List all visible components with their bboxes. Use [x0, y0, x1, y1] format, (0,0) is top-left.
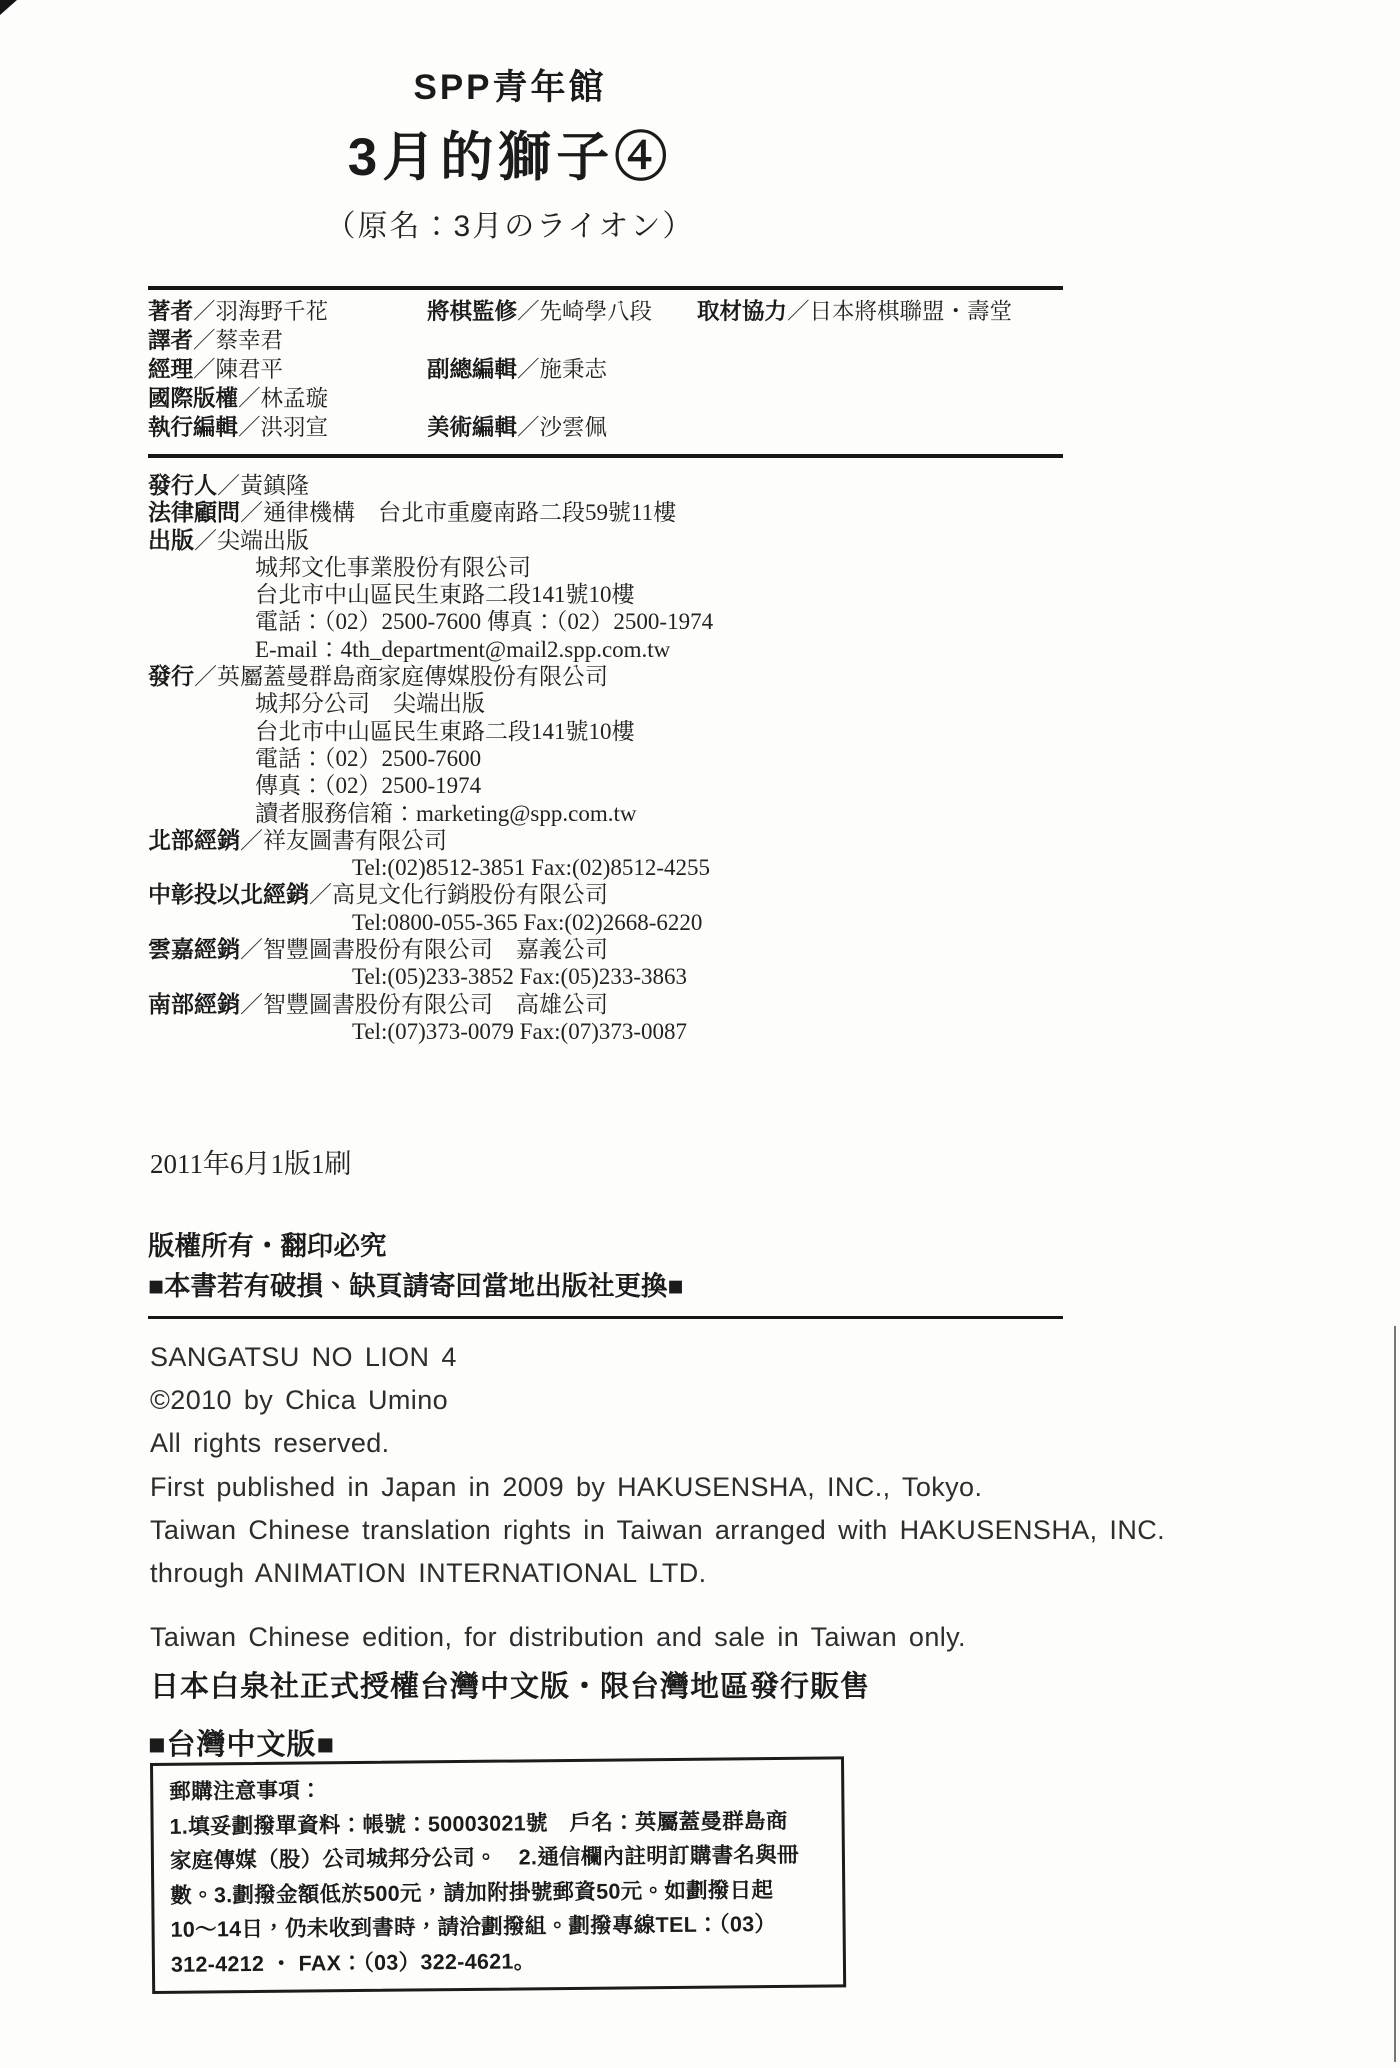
copyright-notice: 版權所有・翻印必究 — [148, 1226, 684, 1266]
slash-separator: ／ — [240, 499, 263, 525]
slash-separator: ／ — [517, 415, 540, 440]
scan-edge-artifact — [1394, 1326, 1396, 2062]
divider-rule-middle — [148, 454, 1063, 458]
slash-separator: ／ — [240, 991, 263, 1017]
publishing-line: 發行人／黃鎮隆 — [148, 472, 713, 499]
credits-block: 著者／羽海野千花 將棋監修／先崎學八段 取材協力／日本將棋聯盟・壽堂 譯者／蔡幸… — [148, 297, 1063, 442]
publishing-line: 雲嘉經銷／智豐圖書股份有限公司 嘉義公司 — [148, 936, 713, 963]
credit-row: 譯者／蔡幸君 — [148, 326, 1063, 355]
slash-separator: ／ — [517, 299, 540, 324]
credit-item: 經理／陳君平 — [148, 355, 283, 384]
credit-row: 國際版權／林孟璇 — [148, 384, 1063, 413]
publishing-value: 通律機構 台北市重慶南路二段59號11樓 — [263, 500, 676, 525]
credit-value: 洪羽宣 — [261, 415, 329, 440]
credit-label: 將棋監修 — [427, 299, 517, 324]
publishing-label: 雲嘉經銷 — [148, 936, 240, 962]
publishing-line: 電話：（02）2500-7600 — [148, 745, 713, 772]
publishing-line: 台北市中山區民生東路二段141號10樓 — [148, 718, 713, 745]
credit-value: 先崎學八段 — [540, 299, 653, 324]
credit-item: 取材協力／日本將棋聯盟・壽堂 — [697, 297, 1012, 326]
original-title: （原名：3月のライオン） — [140, 201, 880, 245]
publishing-label: 南部經銷 — [148, 991, 240, 1017]
mail-order-line: 312-4212 ・ FAX：（03）322-4621。 — [171, 1941, 831, 1982]
publishing-value: 尖端出版 — [217, 528, 309, 553]
slash-separator: ／ — [193, 328, 216, 353]
book-title: 3月的獅子④ — [140, 115, 880, 191]
publishing-line: 讀者服務信箱：marketing@spp.com.tw — [148, 800, 713, 827]
divider-rule-bottom — [148, 1316, 1063, 1319]
credit-item: 副總編輯／施秉志 — [427, 355, 607, 384]
publishing-line: 法律顧問／通律機構 台北市重慶南路二段59號11樓 — [148, 499, 713, 526]
publishing-value: Tel:(07)373-0079 Fax:(07)373-0087 — [352, 1019, 687, 1044]
publishing-line: 台北市中山區民生東路二段141號10樓 — [148, 581, 713, 608]
mail-order-line: 家庭傳媒（股）公司城邦分公司。 2.通信欄內註明訂購書名與冊 — [170, 1837, 830, 1878]
slash-separator: ／ — [240, 827, 263, 853]
slash-separator: ／ — [240, 936, 263, 962]
credit-item: 國際版權／林孟璇 — [148, 384, 328, 413]
mail-order-line: 10～14日，仍未收到書時，請洽劃撥組。劃撥專線TEL：（03） — [170, 1906, 830, 1947]
publishing-label: 發行 — [148, 663, 194, 689]
publishing-value: 傳真：（02）2500-1974 — [255, 773, 481, 798]
publishing-label: 北部經銷 — [148, 827, 240, 853]
publishing-value: 台北市中山區民生東路二段141號10樓 — [255, 582, 635, 607]
publishing-value: 祥友圖書有限公司 — [263, 828, 447, 853]
slash-separator: ／ — [309, 881, 332, 907]
credit-label: 副總編輯 — [427, 357, 517, 382]
publishing-line: 南部經銷／智豐圖書股份有限公司 高雄公司 — [148, 991, 713, 1018]
publishing-value: 黃鎮隆 — [240, 473, 309, 498]
credit-row: 著者／羽海野千花 將棋監修／先崎學八段 取材協力／日本將棋聯盟・壽堂 — [148, 297, 1063, 326]
publishing-line: 出版／尖端出版 — [148, 527, 713, 554]
credit-row: 執行編輯／洪羽宣 美術編輯／沙雲佩 — [148, 413, 1063, 442]
publishing-value: 高見文化行銷股份有限公司 — [332, 882, 608, 907]
credit-label: 國際版權 — [148, 386, 238, 411]
publishing-line: E-mail：4th_department@mail2.spp.com.tw — [148, 636, 713, 663]
publishing-line: 電話：（02）2500-7600 傳真：（02）2500-1974 — [148, 608, 713, 635]
publishing-block: 發行人／黃鎮隆 法律顧問／通律機構 台北市重慶南路二段59號11樓 出版／尖端出… — [148, 472, 713, 1045]
translation-rights-line: Taiwan Chinese translation rights in Tai… — [150, 1509, 1165, 1552]
publishing-value: 英屬蓋曼群島商家庭傳媒股份有限公司 — [217, 664, 608, 689]
slash-separator: ／ — [238, 415, 261, 440]
publishing-value: Tel:(02)8512-3851 Fax:(02)8512-4255 — [352, 855, 710, 880]
slash-separator: ／ — [217, 472, 240, 498]
credit-label: 經理 — [148, 357, 193, 382]
publishing-label: 出版 — [148, 527, 194, 553]
taiwan-license-block: Taiwan Chinese edition, for distribution… — [150, 1622, 966, 1705]
credit-item: 著者／羽海野千花 — [148, 297, 328, 326]
damage-replacement-notice: ■本書若有破損、缺頁請寄回當地出版社更換■ — [148, 1266, 684, 1306]
telephone-line: Tel:(07)373-0079 Fax:(07)373-0087 — [148, 1018, 713, 1045]
publishing-line: 發行／英屬蓋曼群島商家庭傳媒股份有限公司 — [148, 663, 713, 690]
masthead: SPP青年館 3月的獅子④ （原名：3月のライオン） — [140, 60, 880, 245]
publishing-value: Tel:(05)233-3852 Fax:(05)233-3863 — [352, 964, 687, 989]
edition-printing-line: 2011年6月1版1刷 — [150, 1142, 352, 1181]
credit-item: 美術編輯／沙雲佩 — [427, 413, 607, 442]
credit-label: 取材協力 — [697, 299, 787, 324]
credit-value: 林孟璇 — [261, 386, 329, 411]
credit-value: 施秉志 — [540, 357, 608, 382]
publishing-line: 北部經銷／祥友圖書有限公司 — [148, 827, 713, 854]
divider-rule-top — [148, 286, 1063, 290]
credit-item: 譯者／蔡幸君 — [148, 326, 283, 355]
publishing-value: Tel:0800-055-365 Fax:(02)2668-6220 — [352, 910, 702, 935]
credit-value: 羽海野千花 — [216, 299, 329, 324]
telephone-line: Tel:0800-055-365 Fax:(02)2668-6220 — [148, 909, 713, 936]
through-agency-line: through ANIMATION INTERNATIONAL LTD. — [150, 1552, 1165, 1595]
publishing-line: 傳真：（02）2500-1974 — [148, 772, 713, 799]
credit-label: 美術編輯 — [427, 415, 517, 440]
copyright-year-line: ©2010 by Chica Umino — [150, 1379, 1165, 1422]
slash-separator: ／ — [193, 357, 216, 382]
taiwan-license-line: 日本白泉社正式授權台灣中文版・限台灣地區發行販售 — [150, 1664, 966, 1705]
credit-item: 將棋監修／先崎學八段 — [427, 297, 652, 326]
publishing-value: 台北市中山區民生東路二段141號10樓 — [255, 719, 635, 744]
credit-value: 陳君平 — [216, 357, 284, 382]
rights-reserved-line: All rights reserved. — [150, 1422, 1165, 1465]
scan-corner-artifact — [0, 0, 17, 15]
publishing-value: 智豐圖書股份有限公司 高雄公司 — [263, 992, 608, 1017]
taiwan-only-line: Taiwan Chinese edition, for distribution… — [150, 1622, 966, 1653]
credit-value: 沙雲佩 — [540, 415, 608, 440]
publishing-value: 城邦分公司 尖端出版 — [255, 691, 485, 716]
telephone-line: Tel:(05)233-3852 Fax:(05)233-3863 — [148, 963, 713, 990]
slash-separator: ／ — [193, 299, 216, 324]
publishing-line: 中彰投以北經銷／高見文化行銷股份有限公司 — [148, 881, 713, 908]
credit-value: 蔡幸君 — [216, 328, 284, 353]
publishing-line: 城邦文化事業股份有限公司 — [148, 554, 713, 581]
english-copyright-block: SANGATSU NO LION 4 ©2010 by Chica Umino … — [150, 1336, 1165, 1595]
telephone-line: Tel:(02)8512-3851 Fax:(02)8512-4255 — [148, 854, 713, 881]
slash-separator: ／ — [787, 299, 810, 324]
mail-order-box: 郵購注意事項： 1.填妥劃撥單資料：帳號：50003021號 戶名：英屬蓋曼群島… — [150, 1756, 846, 1994]
slash-separator: ／ — [194, 527, 217, 553]
credit-label: 執行編輯 — [148, 415, 238, 440]
slash-separator: ／ — [194, 663, 217, 689]
slash-separator: ／ — [238, 386, 261, 411]
imprint-label: SPP青年館 — [140, 60, 880, 110]
slash-separator: ／ — [517, 357, 540, 382]
credit-label: 著者 — [148, 299, 193, 324]
english-title-line: SANGATSU NO LION 4 — [150, 1336, 1165, 1379]
publishing-label: 發行人 — [148, 472, 217, 498]
publishing-value: E-mail：4th_department@mail2.spp.com.tw — [255, 637, 670, 662]
publishing-value: 智豐圖書股份有限公司 嘉義公司 — [263, 937, 608, 962]
credit-row: 經理／陳君平 副總編輯／施秉志 — [148, 355, 1063, 384]
publishing-value: 電話：（02）2500-7600 — [255, 746, 481, 771]
credit-label: 譯者 — [148, 328, 193, 353]
taiwan-edition-badge: ■台灣中文版■ — [148, 1722, 335, 1763]
publishing-label: 中彰投以北經銷 — [148, 881, 309, 907]
credit-value: 日本將棋聯盟・壽堂 — [810, 299, 1013, 324]
colophon-page: SPP青年館 3月的獅子④ （原名：3月のライオン） 著者／羽海野千花 將棋監修… — [0, 0, 1400, 2068]
publishing-value: 城邦文化事業股份有限公司 — [255, 555, 531, 580]
credit-item: 執行編輯／洪羽宣 — [148, 413, 328, 442]
rights-block: 版權所有・翻印必究 ■本書若有破損、缺頁請寄回當地出版社更換■ — [148, 1226, 684, 1306]
publishing-value: 電話：（02）2500-7600 傳真：（02）2500-1974 — [255, 609, 713, 634]
publishing-label: 法律顧問 — [148, 499, 240, 525]
first-published-line: First published in Japan in 2009 by HAKU… — [150, 1466, 1165, 1509]
publishing-line: 城邦分公司 尖端出版 — [148, 690, 713, 717]
publishing-value: 讀者服務信箱：marketing@spp.com.tw — [255, 801, 636, 826]
